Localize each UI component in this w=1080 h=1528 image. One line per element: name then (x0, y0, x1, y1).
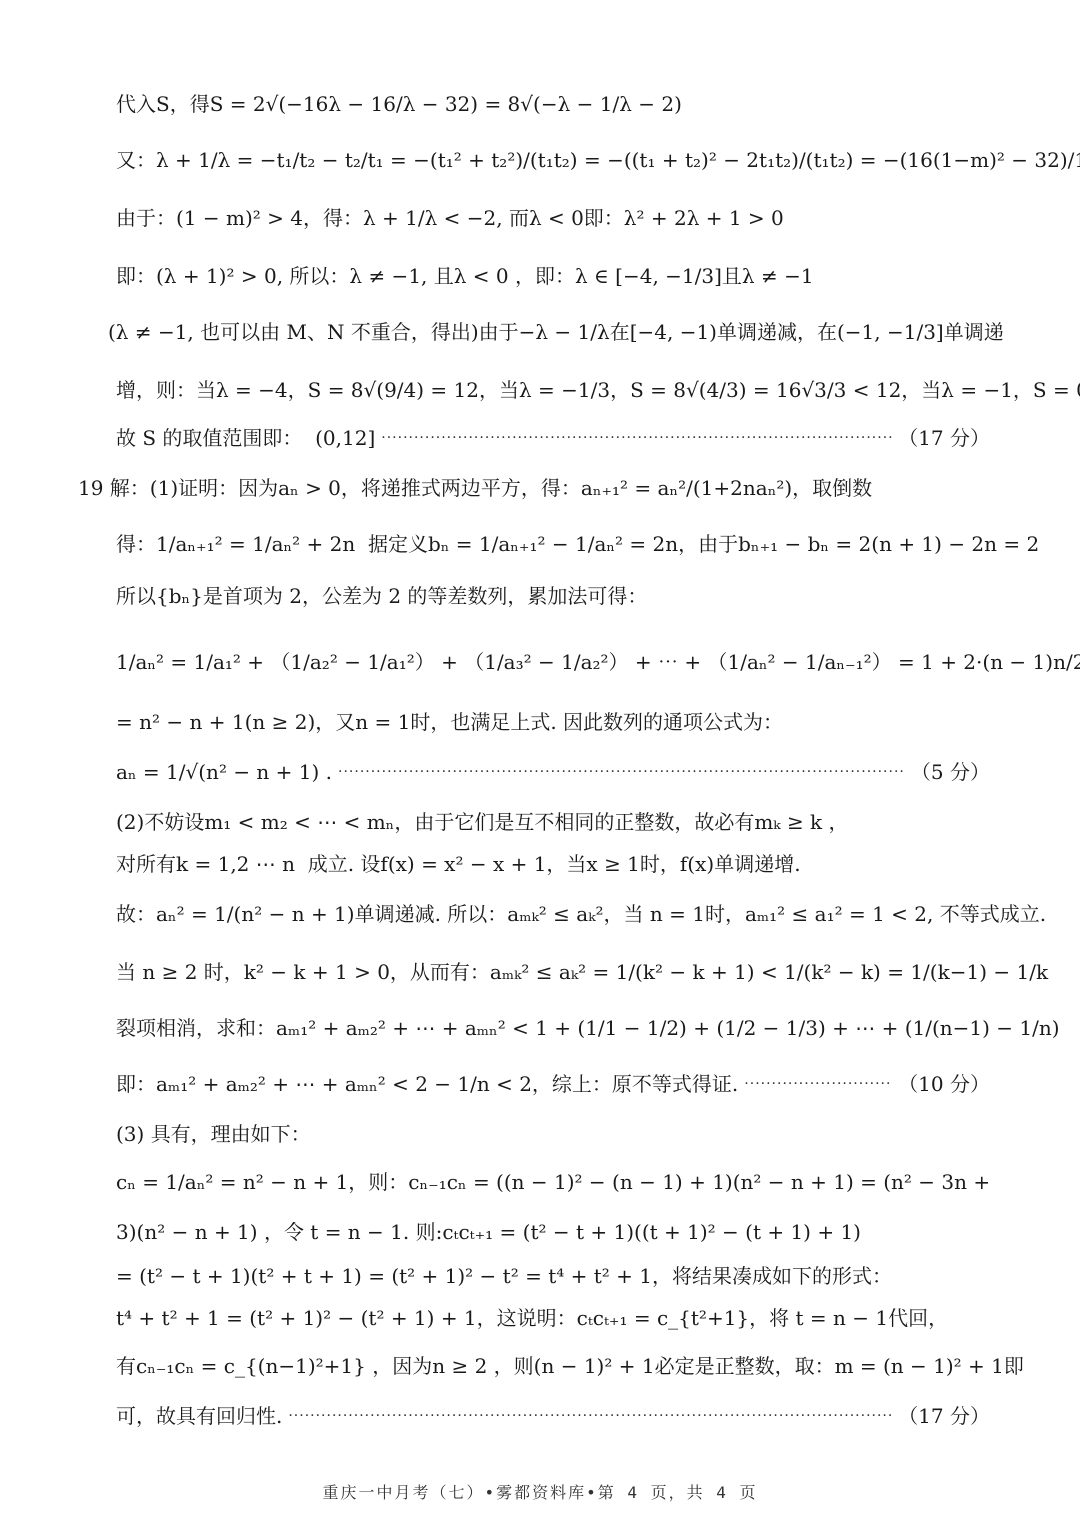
leader-dots (744, 1076, 892, 1093)
text-line: 代入S，得S = 2√(−16λ − 16/λ − 32) = 8√(−λ − … (116, 92, 990, 116)
score-label: （5 分） (911, 760, 990, 784)
text-line: 有cₙ₋₁cₙ = c_{(n−1)²+1} ，因为n ≥ 2 ，则(n − 1… (116, 1354, 990, 1378)
text-line: 由于：(1 − m)² > 4，得：λ + 1/λ < −2, 而λ < 0即：… (116, 206, 990, 230)
text-line: 增，则：当λ = −4，S = 8√(9/4) = 12，当λ = −1/3，S… (116, 378, 990, 402)
text-line: (3) 具有，理由如下： (116, 1122, 990, 1146)
solution-text: 代入S，得S = 2√(−16λ − 16/λ − 32) = 8√(−λ − … (116, 92, 682, 116)
solution-text: 即：aₘ₁² + aₘ₂² + ⋯ + aₘₙ² < 2 − 1/n < 2，综… (116, 1072, 738, 1096)
score-label: （17 分） (898, 1404, 990, 1428)
solution-text: 所以{bₙ}是首项为 2，公差为 2 的等差数列，累加法可得： (116, 584, 647, 608)
page-footer: 重庆一中月考（七）•雾都资料库•第 4 页，共 4 页 (0, 1480, 1080, 1503)
text-line: (λ ≠ −1, 也可以由 M、N 不重合，得出)由于−λ − 1/λ在[−4,… (108, 320, 990, 344)
score-label: （17 分） (898, 426, 990, 450)
text-line: 1/aₙ² = 1/a₁² + （1/a₂² − 1/a₁²） + （1/a₃²… (116, 650, 990, 674)
text-line: 对所有k = 1,2 ⋯ n 成立. 设f(x) = x² − x + 1，当x… (116, 852, 990, 876)
solution-text: 对所有k = 1,2 ⋯ n 成立. 设f(x) = x² − x + 1，当x… (116, 852, 801, 876)
solution-text: 又：λ + 1/λ = −t₁/t₂ − t₂/t₁ = −(t₁² + t₂²… (116, 148, 1080, 172)
score-line: 可，故具有回归性. （17 分） (116, 1404, 990, 1428)
text-line: 故：aₙ² = 1/(n² − n + 1)单调递减. 所以：aₘₖ² ≤ aₖ… (116, 902, 990, 926)
solution-text: 由于：(1 − m)² > 4，得：λ + 1/λ < −2, 而λ < 0即：… (116, 206, 784, 230)
leader-dots (338, 764, 905, 781)
solution-text: aₙ = 1/√(n² − n + 1) . (116, 760, 332, 784)
leader-dots (381, 430, 892, 447)
text-line: = (t² − t + 1)(t² + t + 1) = (t² + 1)² −… (116, 1264, 990, 1288)
question-heading: 19 解：(1)证明：因为aₙ > 0，将递推式两边平方，得：aₙ₊₁² = a… (78, 476, 990, 500)
solution-text: 19 解：(1)证明：因为aₙ > 0，将递推式两边平方，得：aₙ₊₁² = a… (78, 476, 872, 500)
solution-text: = n² − n + 1(n ≥ 2)，又n = 1时，也满足上式. 因此数列的… (116, 710, 783, 734)
text-line: t⁴ + t² + 1 = (t² + 1)² − (t² + 1) + 1，这… (116, 1306, 990, 1330)
solution-text: 增，则：当λ = −4，S = 8√(9/4) = 12，当λ = −1/3，S… (116, 378, 1080, 402)
solution-text: 当 n ≥ 2 时，k² − k + 1 > 0，从而有：aₘₖ² ≤ aₖ² … (116, 960, 1048, 984)
solution-text: 故：aₙ² = 1/(n² − n + 1)单调递减. 所以：aₘₖ² ≤ aₖ… (116, 902, 1046, 926)
solution-text: (λ ≠ −1, 也可以由 M、N 不重合，得出)由于−λ − 1/λ在[−4,… (108, 320, 1004, 344)
text-line: 得：1/aₙ₊₁² = 1/aₙ² + 2n 据定义bₙ = 1/aₙ₊₁² −… (116, 532, 990, 556)
solution-text: 有cₙ₋₁cₙ = c_{(n−1)²+1} ，因为n ≥ 2 ，则(n − 1… (116, 1354, 1024, 1378)
solution-text: t⁴ + t² + 1 = (t² + 1)² − (t² + 1) + 1，这… (116, 1306, 948, 1330)
solution-text: 故 S 的取值范围即： (0,12] (116, 426, 375, 450)
text-line: = n² − n + 1(n ≥ 2)，又n = 1时，也满足上式. 因此数列的… (116, 710, 990, 734)
solution-text: 裂项相消，求和：aₘ₁² + aₘ₂² + ⋯ + aₘₙ² < 1 + (1/… (116, 1016, 1060, 1040)
text-line: cₙ = 1/aₙ² = n² − n + 1，则：cₙ₋₁cₙ = ((n −… (116, 1170, 990, 1194)
text-line: 即：(λ + 1)² > 0, 所以：λ ≠ −1, 且λ < 0 ，即：λ ∈… (116, 264, 990, 288)
text-line: 所以{bₙ}是首项为 2，公差为 2 的等差数列，累加法可得： (116, 584, 990, 608)
text-line: 当 n ≥ 2 时，k² − k + 1 > 0，从而有：aₘₖ² ≤ aₖ² … (116, 960, 990, 984)
solution-text: (2)不妨设m₁ < m₂ < ⋯ < mₙ，由于它们是互不相同的正整数，故必有… (116, 810, 849, 834)
solution-text: = (t² − t + 1)(t² + t + 1) = (t² + 1)² −… (116, 1264, 892, 1288)
leader-dots (288, 1408, 892, 1425)
solution-text: cₙ = 1/aₙ² = n² − n + 1，则：cₙ₋₁cₙ = ((n −… (116, 1170, 990, 1194)
solution-text: 3)(n² − n + 1) ，令 t = n − 1. 则:cₜcₜ₊₁ = … (116, 1220, 861, 1244)
score-line: aₙ = 1/√(n² − n + 1) . （5 分） (116, 760, 990, 784)
text-line: 又：λ + 1/λ = −t₁/t₂ − t₂/t₁ = −(t₁² + t₂²… (116, 148, 990, 172)
score-label: （10 分） (898, 1072, 990, 1096)
solution-text: 即：(λ + 1)² > 0, 所以：λ ≠ −1, 且λ < 0 ，即：λ ∈… (116, 264, 814, 288)
solution-text: 1/aₙ² = 1/a₁² + （1/a₂² − 1/a₁²） + （1/a₃²… (116, 650, 1080, 674)
text-line: 3)(n² − n + 1) ，令 t = n − 1. 则:cₜcₜ₊₁ = … (116, 1220, 990, 1244)
score-line: 即：aₘ₁² + aₘ₂² + ⋯ + aₘₙ² < 2 − 1/n < 2，综… (116, 1072, 990, 1096)
solution-text: 得：1/aₙ₊₁² = 1/aₙ² + 2n 据定义bₙ = 1/aₙ₊₁² −… (116, 532, 1039, 556)
text-line: (2)不妨设m₁ < m₂ < ⋯ < mₙ，由于它们是互不相同的正整数，故必有… (116, 810, 990, 834)
solution-text: 可，故具有回归性. (116, 1404, 282, 1428)
score-line: 故 S 的取值范围即： (0,12] （17 分） (116, 426, 990, 450)
solution-text: (3) 具有，理由如下： (116, 1122, 311, 1146)
text-line: 裂项相消，求和：aₘ₁² + aₘ₂² + ⋯ + aₘₙ² < 1 + (1/… (116, 1016, 990, 1040)
